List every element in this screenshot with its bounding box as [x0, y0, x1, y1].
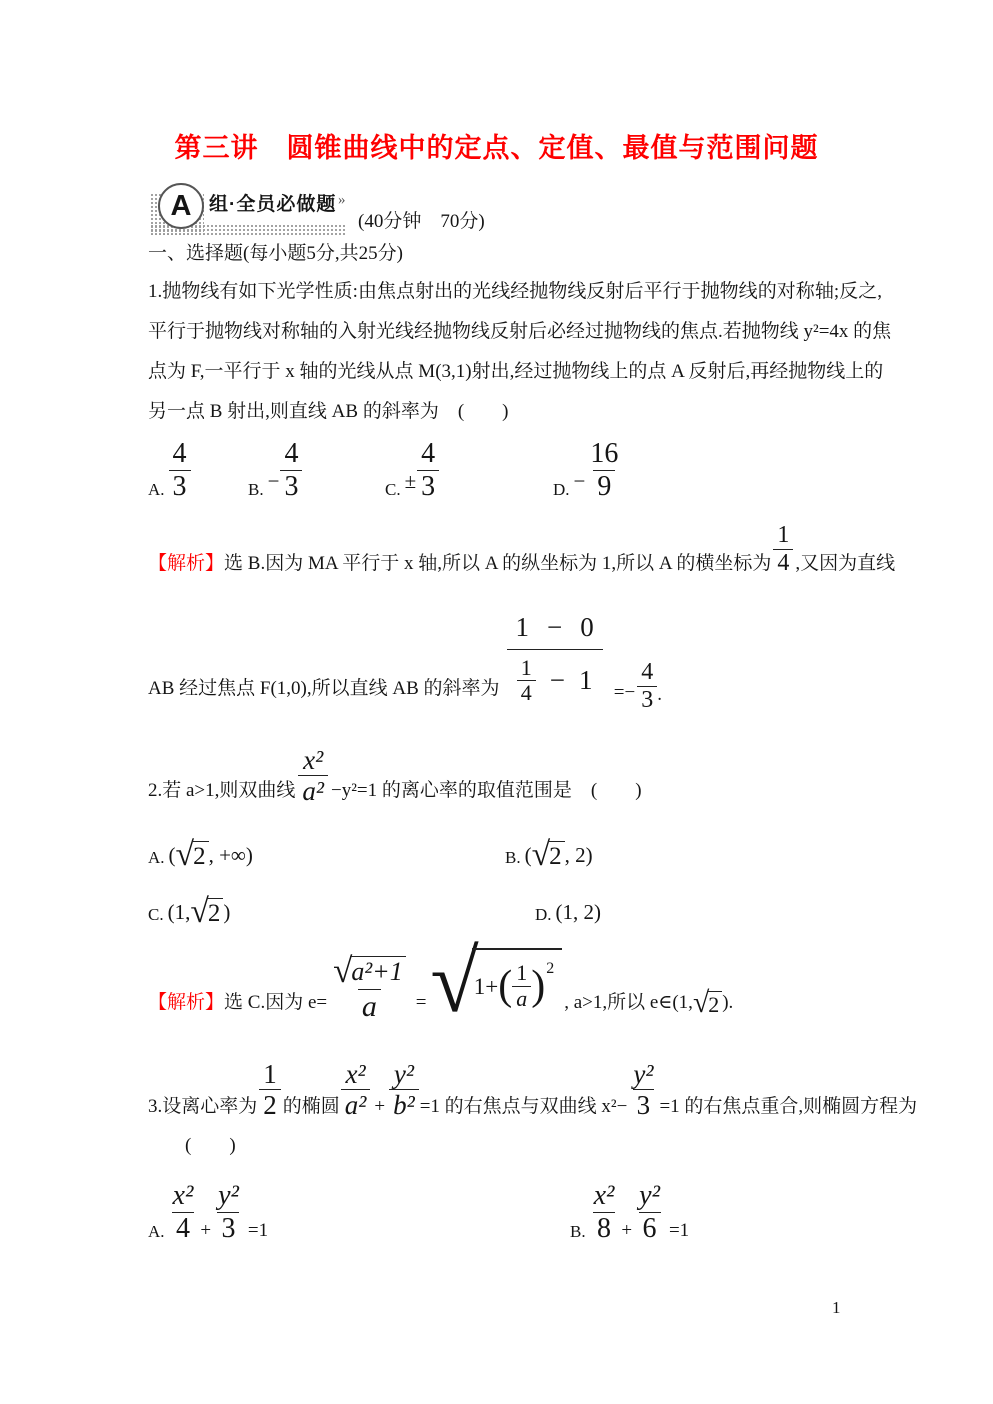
badge-label: 组·全员必做题: [206, 189, 339, 216]
q2-option-c: C. (1, √ 2 ): [148, 875, 230, 927]
fraction-numerator: 1: [259, 1059, 281, 1089]
worksheet-page: 第三讲 圆锥曲线中的定点、定值、最值与范围问题 A 组·全员必做题 » (40分…: [0, 0, 993, 1404]
one-plus: 1+: [474, 974, 498, 1000]
q1-analysis-text-2: ,又因为直线: [795, 548, 895, 575]
question-1-text: 1.抛物线有如下光学性质:由焦点射出的光线经抛物线反射后平行于抛物线的对称轴;反…: [148, 272, 882, 432]
q3-option-b-y-fraction: y² 6: [635, 1180, 664, 1244]
fraction-denominator: 6: [639, 1212, 661, 1244]
q2-analysis: 【解析】 选 C.因为 e= √a²+1 a = √ 1+ ( 1 a ) 2 …: [148, 922, 733, 1018]
fraction-denominator: 3: [169, 470, 191, 502]
fraction-denominator: 3: [217, 1212, 239, 1244]
big-fraction-numerator: 1 − 0: [506, 612, 604, 649]
nested-fraction-quarter: 1 4: [517, 656, 536, 706]
q3-option-b-label: B.: [570, 1222, 586, 1242]
q3-option-b: B. x² 8 + y² 6 =1: [570, 1158, 692, 1244]
plus-sign: +: [621, 1220, 632, 1242]
page-title: 第三讲 圆锥曲线中的定点、定值、最值与范围问题: [0, 126, 993, 165]
fraction-numerator: 4: [637, 659, 657, 686]
fraction-denominator: 3: [637, 686, 657, 714]
q1-option-b-fraction: 4 3: [280, 438, 302, 502]
question-3-text: 3.设离心率为 1 2 的椭圆 x² a² + y² b² =1 的右焦点与双曲…: [148, 1040, 917, 1120]
q1-analysis-text-1: 选 B.因为 MA 平行于 x 轴,所以 A 的纵坐标为 1,所以 A 的横坐标…: [224, 548, 771, 575]
fraction-numerator: y²: [629, 1059, 657, 1089]
interval-rest: , 2): [565, 843, 593, 868]
q2-text-1: 2.若 a>1,则双曲线: [148, 775, 295, 802]
q1-option-b-label: B.: [248, 480, 264, 500]
radicand-box: 1+ ( 1 a ) 2: [472, 948, 562, 1018]
sqrt-2: √ 2: [532, 841, 565, 870]
fraction-denominator: 3: [417, 470, 439, 502]
period: .: [657, 684, 662, 706]
q1-option-d-fraction: 16 9: [586, 438, 622, 502]
q2-analysis-text-3: ).: [722, 992, 733, 1014]
chevron-right-icon: »: [338, 192, 346, 209]
q3-ellipse-y-fraction: y² b²: [389, 1059, 419, 1120]
group-a-badge: A 组·全员必做题 »: [150, 183, 380, 237]
q3-answer-paren: ( ): [185, 1130, 236, 1157]
q1-option-a-label: A.: [148, 480, 165, 500]
fraction-numerator: 1: [773, 522, 793, 549]
question-2-text: 2.若 a>1,则双曲线 x² a² −y²=1 的离心率的取值范围是 ( ): [148, 712, 642, 804]
exponent-2: 2: [546, 960, 554, 978]
fraction-numerator: x²: [169, 1180, 198, 1211]
q2-analysis-text-2: , a>1,所以 e∈(1,: [564, 987, 693, 1014]
slope-big-fraction: 1 − 0 1 4 − 1: [506, 612, 604, 706]
fraction-denominator: a²: [298, 775, 328, 806]
fraction-denominator: 2: [259, 1089, 281, 1120]
fraction-denominator: 8: [593, 1212, 615, 1244]
q1-analysis-text-3: AB 经过焦点 F(1,0),所以直线 AB 的斜率为: [148, 673, 500, 700]
fraction-denominator: a: [358, 989, 381, 1024]
q3-option-a-y-fraction: y² 3: [214, 1180, 243, 1244]
q1-line-3: 点为 F,一平行于 x 轴的光线从点 M(3,1)射出,经过抛物线上的点 A 反…: [148, 352, 882, 392]
fraction-numerator: x²: [342, 1059, 370, 1089]
q2-option-b-label: B.: [505, 848, 521, 868]
q1-analysis-line-1: 【解析】 选 B.因为 MA 平行于 x 轴,所以 A 的纵坐标为 1,所以 A…: [148, 505, 895, 577]
q1-option-a-fraction: 4 3: [169, 438, 191, 502]
big-fraction-denominator: 1 4 − 1: [507, 649, 603, 706]
q1-option-a: A. 4 3: [148, 438, 191, 502]
q3-text-3: =1 的右焦点与双曲线 x²−: [420, 1091, 628, 1118]
fraction-numerator: x²: [590, 1180, 619, 1211]
q3-eccentricity-fraction: 1 2: [259, 1059, 281, 1120]
q1-line-1: 1.抛物线有如下光学性质:由焦点射出的光线经抛物线反射后平行于抛物线的对称轴;反…: [148, 272, 882, 312]
analysis-tag: 【解析】: [148, 987, 224, 1014]
fraction-denominator: 9: [593, 470, 615, 502]
page-number: 1: [832, 1298, 841, 1318]
fraction-denominator: a²: [341, 1089, 371, 1120]
sqrt-a2-plus-1: √a²+1: [333, 956, 406, 986]
den-term: 1: [579, 665, 593, 696]
one-over-a-fraction: 1 a: [512, 961, 531, 1011]
fraction-denominator: 4: [773, 549, 793, 577]
q3-hyperbola-fraction: y² 3: [629, 1059, 657, 1120]
equals-1: =1: [669, 1220, 689, 1242]
fraction-numerator: 4: [417, 438, 439, 469]
q2-option-b: B. ( √ 2 , 2): [505, 818, 593, 870]
minus-sign: −: [550, 665, 565, 696]
fraction-numerator: y²: [214, 1180, 243, 1211]
fraction-numerator: y²: [390, 1059, 418, 1089]
open-paren: (: [169, 843, 176, 868]
fraction-denominator: 3: [633, 1089, 655, 1120]
fraction-numerator: 1: [517, 656, 536, 681]
q2-hyperbola-fraction: x² a²: [298, 745, 328, 806]
q3-option-a-label: A.: [148, 1222, 165, 1242]
q3-option-a: A. x² 4 + y² 3 =1: [148, 1158, 271, 1244]
num-term-1: 1: [516, 612, 530, 643]
interval-rest: , +∞): [209, 843, 253, 868]
q1-option-c-label: C.: [385, 480, 401, 500]
radicand: 2: [548, 841, 565, 869]
q1-line-2: 平行于抛物线对称轴的入射光线经抛物线反射后必经过抛物线的焦点.若抛物线 y²=4…: [148, 312, 882, 352]
eccentricity-fraction: √a²+1 a: [329, 956, 410, 1024]
fraction-denominator: 3: [280, 470, 302, 502]
q1-option-d-label: D.: [553, 480, 570, 500]
q2-option-a-label: A.: [148, 848, 165, 868]
fraction-numerator: √a²+1: [329, 956, 410, 990]
q1-option-c: C. ± 4 3: [385, 438, 439, 502]
big-close-paren: ): [531, 968, 545, 1006]
fraction-denominator: a: [512, 986, 531, 1012]
fraction-numerator: y²: [635, 1180, 664, 1211]
fraction-numerator: 16: [586, 438, 622, 469]
q2-analysis-text-1: 选 C.因为 e=: [224, 987, 327, 1014]
radicand: 2: [192, 841, 209, 869]
q1-option-d: D. − 16 9: [553, 438, 622, 502]
fraction-numerator: 1: [512, 961, 531, 986]
big-square-root: √ 1+ ( 1 a ) 2: [430, 948, 562, 1018]
fraction-numerator: 4: [169, 438, 191, 469]
minus-sign: −: [268, 469, 280, 494]
slope-result-fraction: 4 3: [637, 659, 657, 714]
minus-sign: −: [574, 469, 586, 494]
fraction-denominator: 4: [172, 1212, 194, 1244]
q3-option-a-x-fraction: x² 4: [169, 1180, 198, 1244]
radicand: 2: [707, 991, 722, 1016]
equals-sign: =: [416, 992, 427, 1014]
open-paren: (: [525, 843, 532, 868]
section-heading: 一、选择题(每小题5分,共25分): [148, 238, 403, 265]
minus-sign: −: [547, 612, 562, 643]
sqrt-2: √ 2: [693, 991, 722, 1016]
time-score-note: (40分钟 70分): [358, 206, 485, 233]
equals-1: =1: [248, 1220, 268, 1242]
q1-option-b: B. − 4 3: [248, 438, 302, 502]
fraction-denominator: 4: [517, 680, 536, 706]
radicand: a²+1: [350, 956, 405, 985]
fraction-numerator: x²: [299, 745, 327, 775]
plus-minus-sign: ±: [405, 469, 417, 494]
q3-text-4: =1 的右焦点重合,则椭圆方程为: [659, 1091, 917, 1118]
q2-option-d: D. (1, 2): [535, 875, 601, 927]
q3-text-1: 3.设离心率为: [148, 1091, 257, 1118]
q1-analysis-line-2: AB 经过焦点 F(1,0),所以直线 AB 的斜率为 1 − 0 1 4 − …: [148, 588, 662, 706]
plus-sign: +: [374, 1096, 385, 1118]
q3-option-b-x-fraction: x² 8: [590, 1180, 619, 1244]
q2-text-2: −y²=1 的离心率的取值范围是 ( ): [331, 775, 642, 802]
q2-option-a: A. ( √ 2 , +∞): [148, 818, 253, 870]
q1-analysis-fraction-quarter: 1 4: [773, 522, 793, 577]
badge-letter: A: [158, 183, 204, 229]
analysis-tag: 【解析】: [148, 548, 224, 575]
q1-options-row: A. 4 3 B. − 4 3 C. ± 4 3 D. −: [0, 424, 993, 502]
q3-ellipse-x-fraction: x² a²: [341, 1059, 371, 1120]
big-open-paren: (: [498, 968, 512, 1006]
sqrt-2: √ 2: [176, 841, 209, 870]
plus-sign: +: [200, 1220, 211, 1242]
fraction-numerator: 4: [280, 438, 302, 469]
q1-option-c-fraction: 4 3: [417, 438, 439, 502]
fraction-denominator: b²: [389, 1089, 419, 1120]
equals-minus: =−: [614, 682, 635, 704]
q3-text-2: 的椭圆: [283, 1091, 340, 1118]
num-term-2: 0: [580, 612, 594, 643]
